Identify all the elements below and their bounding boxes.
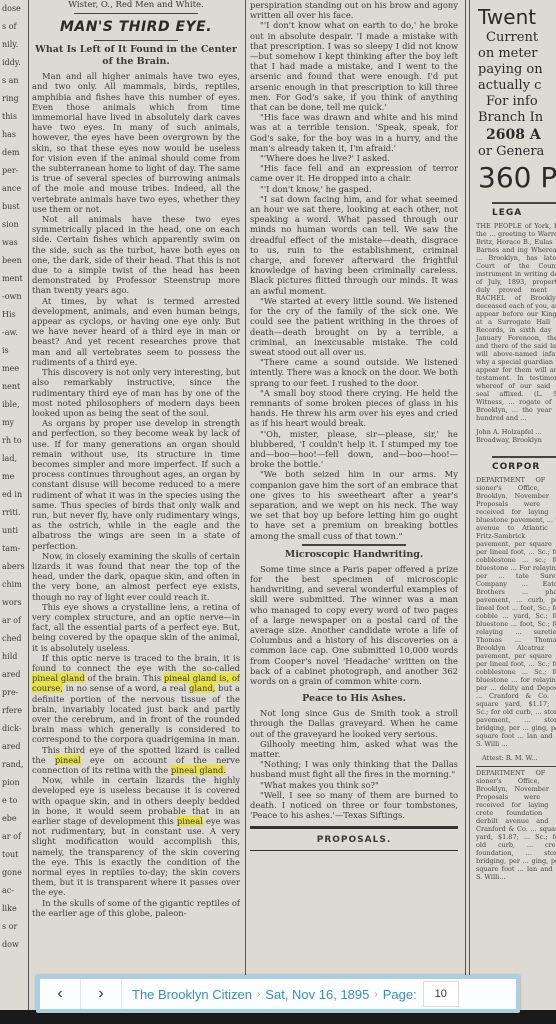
text-fragment: is (2, 342, 28, 360)
paragraph: "We started at every little sound. We li… (250, 296, 458, 357)
article-heading: Peace to His Ashes. (250, 693, 458, 705)
text-fragment: -own (2, 288, 28, 306)
text-fragment: His (2, 306, 28, 324)
ad-headline: Twent (478, 4, 556, 30)
text-fragment: lad, (2, 450, 28, 468)
column-rule (245, 0, 246, 1010)
section-heading-proposals: PROPOSALS. (250, 835, 458, 845)
text-fragment: s of (2, 18, 28, 36)
previous-page-button[interactable]: ‹ (40, 979, 81, 1009)
text-fragment: rriti. (2, 504, 28, 522)
divider (302, 544, 406, 546)
text-fragment: sion (2, 216, 28, 234)
paragraph: This eye shows a crystalline lens, a ret… (32, 602, 240, 653)
breadcrumb-date-link[interactable]: Sat, Nov 16, 1895 (265, 987, 369, 1002)
divider (250, 850, 458, 851)
legal-notice: THE PEOPLE of York, by the ... greeting … (476, 222, 556, 422)
text-fragment: ar of (2, 828, 28, 846)
text-fragment: ment (2, 270, 28, 288)
paragraph: "'I don't know,' he gasped. (250, 184, 458, 194)
paragraph-highlighted: If this optic nerve is traced to the bra… (32, 653, 240, 745)
text-fragment: pion (2, 774, 28, 792)
ad-text: or Genera (478, 144, 556, 160)
text-fragment: been (2, 252, 28, 270)
section-heading-corporation: CORPOR (492, 456, 556, 472)
text-fragment: bust (2, 198, 28, 216)
article-mans-third-eye: Wister, O., Red Men and White. MAN'S THI… (32, 0, 240, 1010)
corporation-notice: DEPARTMENT OF ... sioner's Office, ... B… (476, 476, 556, 748)
paragraph: "A small boy stood there crying. He held… (250, 388, 458, 429)
chevron-left-icon: ‹ (57, 985, 62, 1003)
page-label: Page: (383, 987, 417, 1002)
paragraph: "There came a sound outside. We listened… (250, 357, 458, 388)
corporation-attest: Attest: R. M. W... (482, 754, 556, 762)
text-fragment: ring (2, 90, 28, 108)
text-fragment: ible, (2, 396, 28, 414)
paragraph: "We both seized him in our arms. My comp… (250, 469, 458, 540)
page-number-input[interactable]: 10 (423, 981, 459, 1007)
text-fragment: ched (2, 630, 28, 648)
paragraph: "Well, I see so many of them are burned … (250, 790, 458, 821)
search-highlight[interactable]: pineal (55, 755, 81, 765)
navigation-inner: ‹ › The Brooklyn Citizen › Sat, Nov 16, … (40, 979, 516, 1009)
search-highlight[interactable]: pineal gland. (171, 765, 226, 775)
text-fragment: hild (2, 648, 28, 666)
article-top-line: Wister, O., Red Men and White. (32, 0, 240, 10)
paragraph: "Nothing; I was only thinking that the D… (250, 759, 458, 779)
text-fragment: chim (2, 576, 28, 594)
text-fragment: rfere (2, 702, 28, 720)
breadcrumb-newspaper-link[interactable]: The Brooklyn Citizen (132, 987, 252, 1002)
paragraph: Now, in closely examining the skulls of … (32, 551, 240, 602)
column-rule (28, 0, 29, 1010)
text-fragment: rand, (2, 756, 28, 774)
text-fragment: was (2, 234, 28, 252)
ad-text: paying on (478, 62, 556, 78)
paragraph: As organs by proper use develop in stren… (32, 418, 240, 551)
paragraph: "His face fell and an expression of terr… (250, 163, 458, 183)
ad-text: on meter (478, 46, 556, 62)
text-fragment: gone (2, 864, 28, 882)
divider (318, 689, 391, 690)
corporation-notice: DEPARTMENT OF ... sioner's Office, ... B… (476, 766, 556, 881)
text-fragment: ared (2, 738, 28, 756)
text-fragment: dick- (2, 720, 28, 738)
paragraph: Man and all higher animals have two eyes… (32, 71, 240, 214)
text-fragment: dem (2, 144, 28, 162)
article-center-column: perspiration standing out on his brow an… (250, 0, 458, 1010)
paragraph: "'I don't know what on earth to do,' he … (250, 20, 458, 112)
paragraph-highlighted: This third eye of the spotted lizard is … (32, 745, 240, 776)
paragraph: "'Oh, mister, please, sir—please, sir,' … (250, 429, 458, 470)
left-edge-column: doses ofnily.iddy.s anringthishasdemper-… (0, 0, 28, 1010)
breadcrumb-separator-icon: › (374, 989, 377, 1000)
text-fragment: wors (2, 594, 28, 612)
paragraph: This discovery is not only very interest… (32, 367, 240, 418)
text-fragment: s or (2, 918, 28, 936)
newspaper-page-scan: doses ofnily.iddy.s anringthishasdemper-… (0, 0, 556, 1010)
divider (74, 13, 199, 14)
text-fragment: tout (2, 846, 28, 864)
paragraph: "His face was drawn and white and his mi… (250, 112, 458, 153)
text-fragment: iddy. (2, 54, 28, 72)
search-highlight[interactable]: gland, (189, 683, 215, 693)
ad-text: actually c (478, 78, 556, 94)
column-rule (469, 0, 470, 1010)
text-fragment: -aw. (2, 324, 28, 342)
divider (250, 826, 458, 829)
text-fragment: abers (2, 558, 28, 576)
text-fragment: s an (2, 72, 28, 90)
ad-address: 2608 A (486, 126, 556, 144)
text-fragment: my (2, 414, 28, 432)
paragraph-highlighted: Now, while in certain lizards the highly… (32, 775, 240, 897)
breadcrumb-separator-icon: › (257, 989, 260, 1000)
page-navigation-bar: ‹ › The Brooklyn Citizen › Sat, Nov 16, … (36, 975, 520, 1013)
article-heading: Microscopic Handwriting. (250, 549, 458, 561)
right-column-ads: Twent Current on meter paying on actuall… (472, 0, 556, 1010)
text-fragment: ar of (2, 612, 28, 630)
article-title: MAN'S THIRD EYE. (32, 17, 240, 37)
text-fragment: dow (2, 936, 28, 954)
breadcrumb: The Brooklyn Citizen › Sat, Nov 16, 1895… (122, 987, 417, 1002)
text-fragment: per- (2, 162, 28, 180)
article-subtitle: What Is Left of It Found in the Center o… (32, 44, 240, 68)
ad-text: Branch In (478, 110, 556, 126)
paragraph: "I sat down facing him, and for what see… (250, 194, 458, 296)
text-fragment: mee (2, 360, 28, 378)
paragraph: "'Where does he live?' I asked. (250, 153, 458, 163)
text-fragment: nent (2, 378, 28, 396)
paragraph: Gilhooly meeting him, asked what was the… (250, 739, 458, 759)
text-fragment: this (2, 108, 28, 126)
ad-text: Current (486, 30, 556, 46)
text-fragment: nily. (2, 36, 28, 54)
text-fragment: rh to (2, 432, 28, 450)
next-page-button[interactable]: › (81, 979, 122, 1009)
paragraph: In the skulls of some of the gigantic re… (32, 898, 240, 918)
text-fragment: like (2, 900, 28, 918)
text-fragment: e to (2, 792, 28, 810)
text-fragment: ed in (2, 486, 28, 504)
column-rule (465, 0, 466, 1010)
paragraph: perspiration standing out on his brow an… (250, 0, 458, 20)
paragraph: Not long since Gus de Smith took a strol… (250, 708, 458, 739)
section-heading-legal: LEGA (492, 202, 556, 218)
search-highlight[interactable]: pineal (177, 816, 203, 826)
ad-text: For info (486, 94, 556, 110)
legal-signature: John A. Holzapfel ... Broadway, Brooklyn (476, 428, 556, 444)
paragraph: "What makes you think so?" (250, 780, 458, 790)
search-highlight[interactable]: pineal gland (32, 673, 85, 683)
text-fragment: pre- (2, 684, 28, 702)
text-fragment: ance (2, 180, 28, 198)
text-fragment: dose (2, 0, 28, 18)
text-fragment: ac- (2, 882, 28, 900)
paragraph: At times, by what is termed arrested dev… (32, 296, 240, 367)
text-fragment: tam- (2, 540, 28, 558)
text-fragment: has (2, 126, 28, 144)
paragraph: Not all animals have these two eyes symm… (32, 214, 240, 296)
text-fragment: ebe (2, 810, 28, 828)
paragraph: Some time since a Paris paper offered a … (250, 564, 458, 686)
text-fragment: unti (2, 522, 28, 540)
text-fragment: ared (2, 666, 28, 684)
text-fragment: me (2, 468, 28, 486)
ad-address-large: 360 P (478, 160, 556, 196)
chevron-right-icon: › (98, 985, 103, 1003)
divider (94, 40, 177, 41)
